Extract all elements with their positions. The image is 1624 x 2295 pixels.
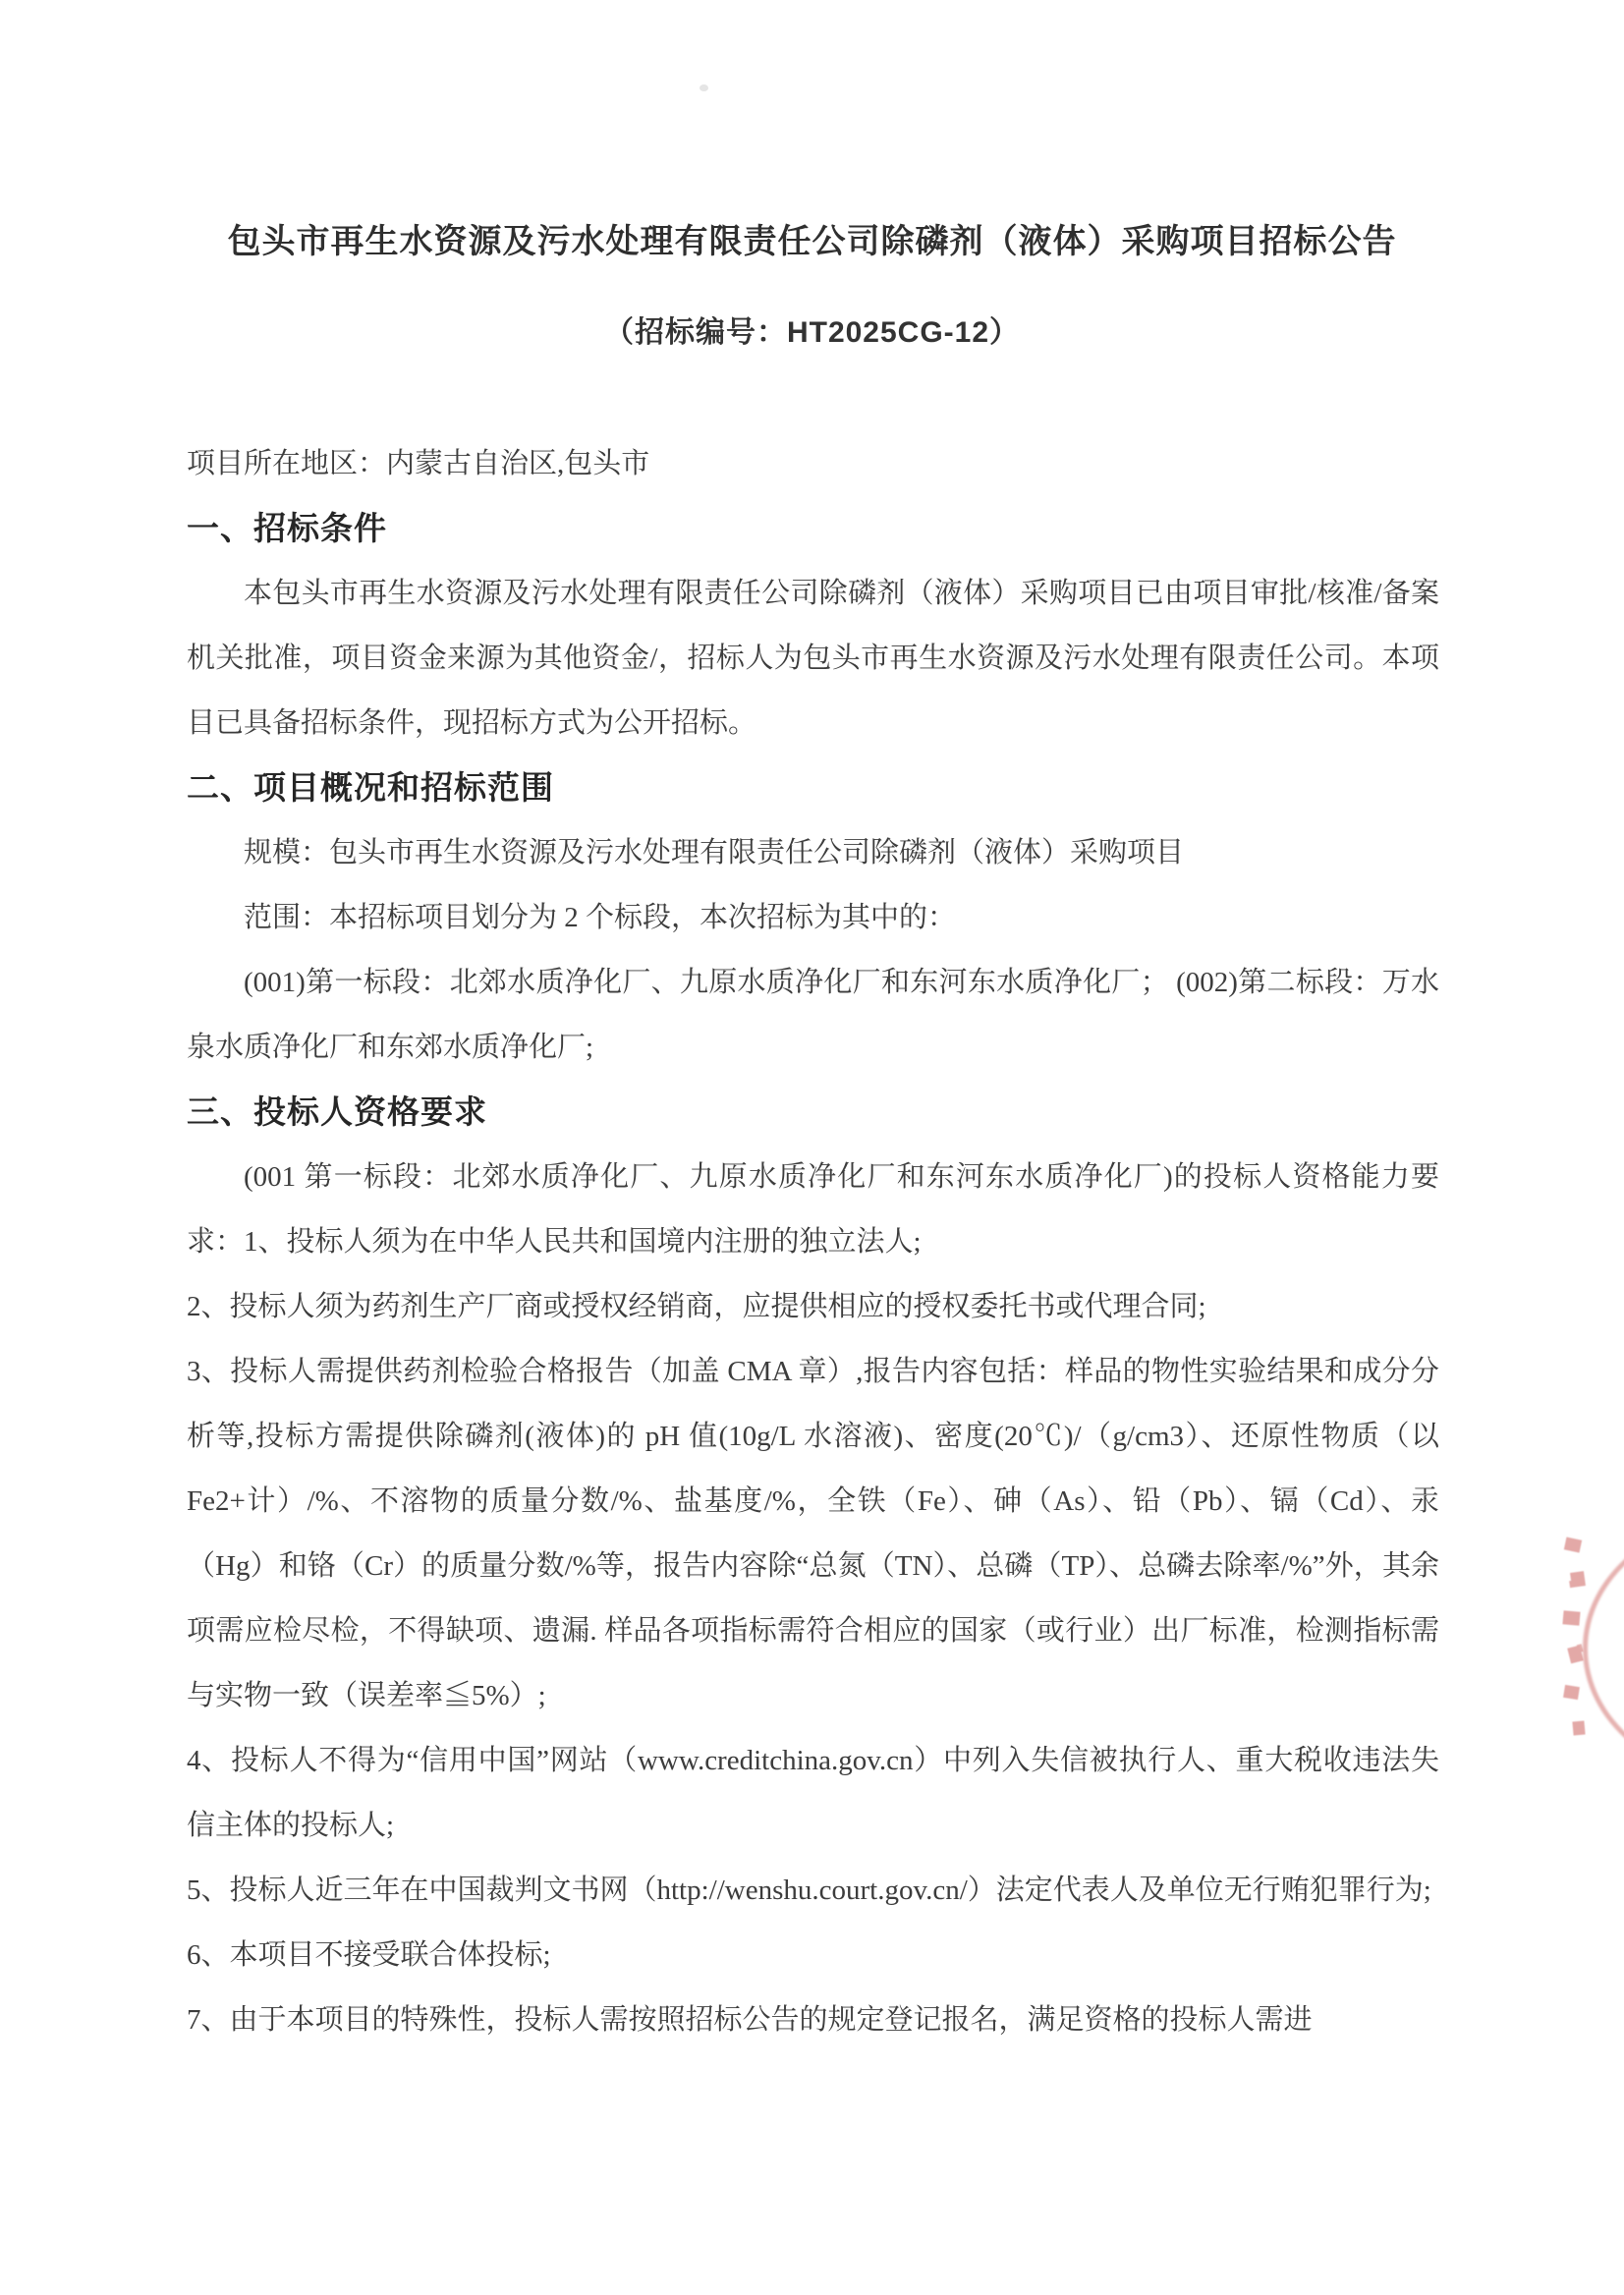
qualification-item-3: 3、投标人需提供药剂检验合格报告（加盖 CMA 章）,报告内容包括：样品的物性实… — [187, 1339, 1439, 1728]
project-scope-line: 范围：本招标项目划分为 2 个标段，本次招标为其中的： — [187, 885, 1439, 950]
qualification-item-5: 5、投标人近三年在中国裁判文书网（http://wenshu.court.gov… — [187, 1858, 1439, 1923]
tender-conditions-paragraph: 本包头市再生水资源及污水处理有限责任公司除磷剂（液体）采购项目已由项目审批/核准… — [187, 561, 1439, 756]
section-heading-2: 二、项目概况和招标范围 — [187, 756, 1439, 820]
seal-glyph-mark — [1564, 1537, 1582, 1552]
bid-sections-paragraph: (001)第一标段：北郊水质净化厂、九原水质净化厂和东河东水质净化厂； (002… — [187, 950, 1439, 1080]
qualification-item-7: 7、由于本项目的特殊性，投标人需按照招标公告的规定登记报名，满足资格的投标人需进 — [187, 1987, 1439, 2052]
qualification-item-6: 6、本项目不接受联合体投标; — [187, 1923, 1439, 1987]
tender-number: （招标编号：HT2025CG-12） — [0, 308, 1624, 351]
page-title: 包头市再生水资源及污水处理有限责任公司除磷剂（液体）采购项目招标公告 — [147, 0, 1477, 262]
document-body: 项目所在地区：内蒙古自治区,包头市 一、招标条件 本包头市再生水资源及污水处理有… — [187, 431, 1439, 2052]
scan-speck — [700, 84, 708, 91]
qualification-item-2: 2、投标人须为药剂生产厂商或授权经销商，应提供相应的授权委托书或代理合同; — [187, 1274, 1439, 1339]
seal-glyph-mark — [1572, 1721, 1585, 1736]
qualification-item-1: (001 第一标段：北郊水质净化厂、九原水质净化厂和东河东水质净化厂)的投标人资… — [187, 1145, 1439, 1274]
section-heading-1: 一、招标条件 — [187, 496, 1439, 561]
seal-glyph-mark — [1563, 1685, 1580, 1700]
seal-arc — [1583, 1521, 1624, 1766]
seal-glyph-mark — [1567, 1646, 1583, 1664]
project-scale-line: 规模：包头市再生水资源及污水处理有限责任公司除磷剂（液体）采购项目 — [187, 820, 1439, 885]
qualification-item-4: 4、投标人不得为“信用中国”网站（www.creditchina.gov.cn）… — [187, 1728, 1439, 1858]
seal-glyph-mark — [1562, 1610, 1580, 1625]
document-page: 包头市再生水资源及污水处理有限责任公司除磷剂（液体）采购项目招标公告 （招标编号… — [0, 0, 1624, 2295]
section-heading-3: 三、投标人资格要求 — [187, 1080, 1439, 1145]
project-location-line: 项目所在地区：内蒙古自治区,包头市 — [187, 431, 1439, 496]
red-seal-fragment — [1561, 1521, 1624, 1766]
seal-glyph-mark — [1570, 1571, 1586, 1588]
